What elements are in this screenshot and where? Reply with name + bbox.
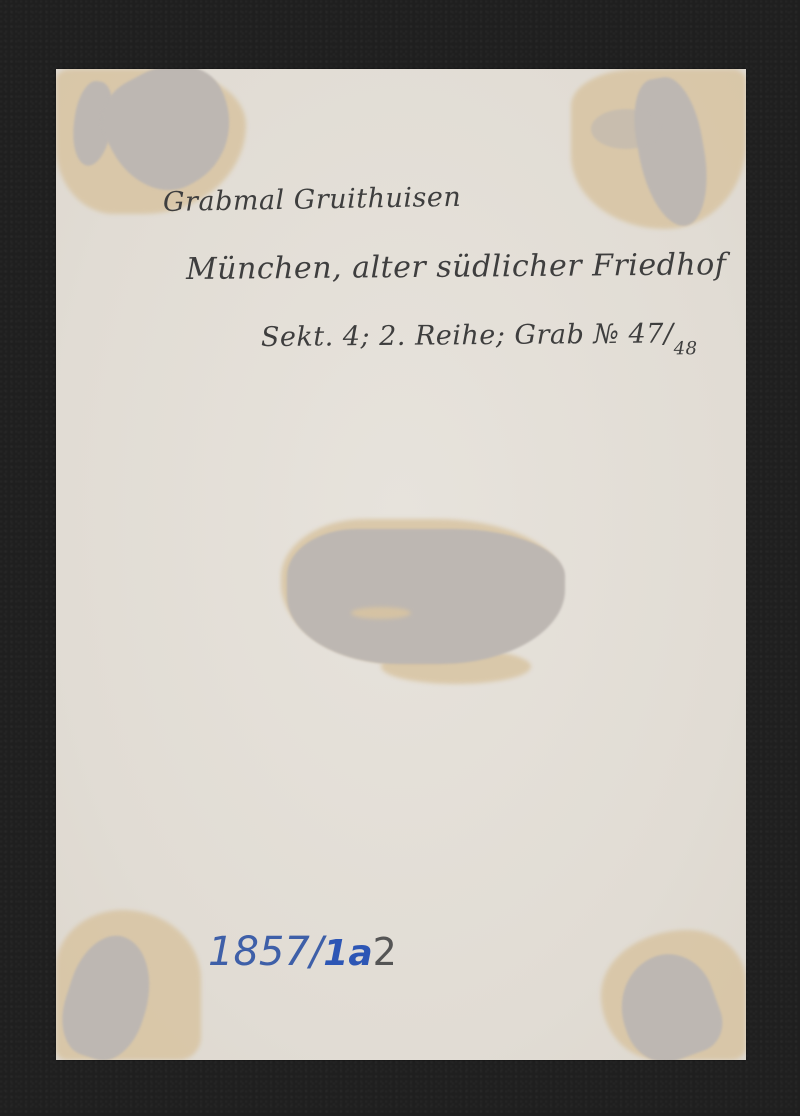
adhesive-stain-center <box>281 519 571 699</box>
archive-card: Grabmal Gruithuisen München, alter südli… <box>56 69 746 1060</box>
inventory-number-main: 1857/ <box>208 929 323 975</box>
inscription-title: Grabmal Gruithuisen <box>163 182 462 218</box>
grave-reference-slash: / <box>664 318 674 349</box>
grave-reference-main: Sekt. 4; 2. Reihe; Grab № 47 <box>261 318 664 353</box>
adhesive-stain-bottom-right <box>596 920 746 1060</box>
inscription-grave-reference: Sekt. 4; 2. Reihe; Grab № 47/48 <box>261 318 698 363</box>
inventory-number-subsuffix: 2 <box>373 930 397 974</box>
adhesive-stain-bottom-left <box>56 890 206 1060</box>
inscription-location: München, alter südlicher Friedhof <box>186 247 727 287</box>
inventory-number: 1857/1a2 <box>208 929 397 975</box>
adhesive-stain-top-right <box>566 69 746 234</box>
grave-reference-denominator: 48 <box>674 338 698 359</box>
inventory-number-suffix: 1a <box>323 933 372 974</box>
